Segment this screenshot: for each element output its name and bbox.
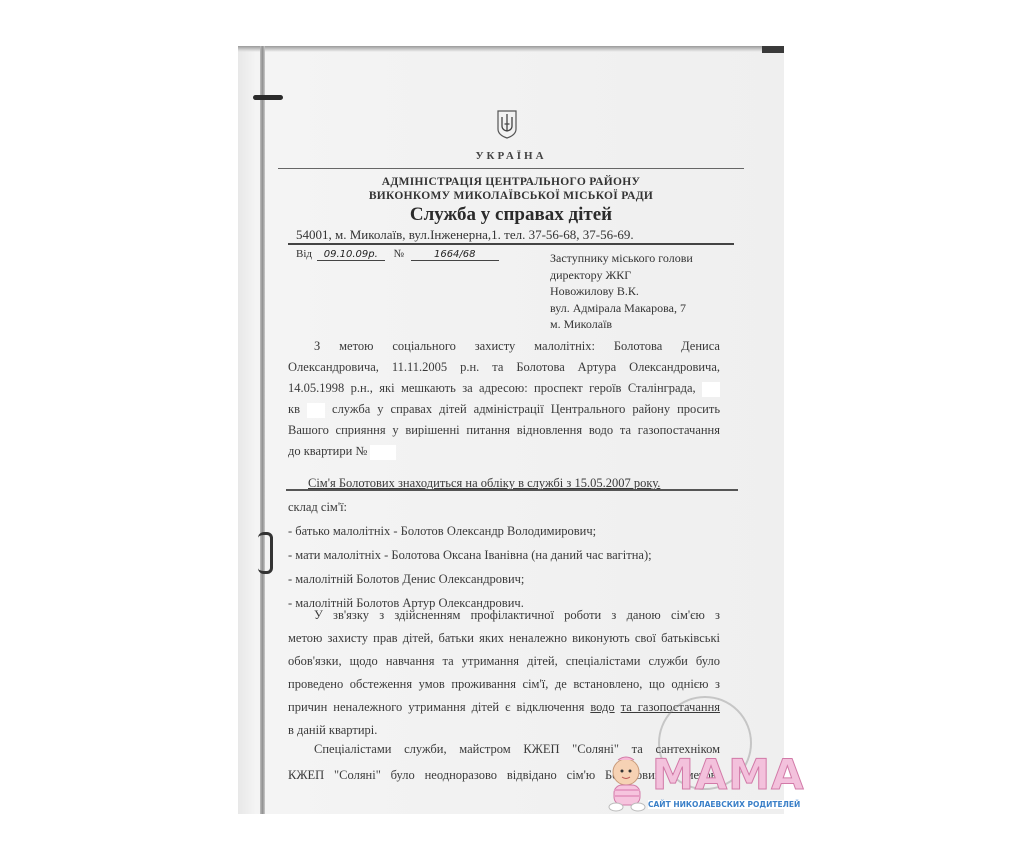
paragraph-2: У зв'язку з здійсненням профілактичної р… — [288, 604, 720, 742]
recipient-line: Новожилову В.К. — [550, 283, 693, 300]
registration-underline — [286, 489, 738, 491]
number-label: № — [394, 248, 405, 260]
text-line: Вашого сприяння у вирішенні питання відн… — [288, 420, 720, 441]
trident-coat-of-arms-icon — [496, 109, 518, 139]
scan-corner-mark — [762, 46, 784, 53]
recipient-block: Заступнику міського голови директору ЖКГ… — [550, 250, 693, 333]
baby-doll-icon — [604, 752, 650, 814]
text-line: обов'язки, щодо навчання та утримання ді… — [288, 650, 720, 673]
header-divider — [278, 168, 744, 169]
text-line: проведено обстеження умов проживання сім… — [288, 673, 720, 696]
staple-mark — [253, 95, 283, 100]
address-divider — [288, 243, 734, 245]
binder-clip-mark — [258, 532, 273, 574]
family-heading: склад сім'ї: — [288, 495, 720, 519]
text-line: З метою соціального захисту малолітніх: … — [288, 336, 720, 357]
watermark-subtitle: САЙТ НИКОЛАЕВСКИХ РОДИТЕЛЕЙ — [648, 800, 786, 809]
paragraph-1: З метою соціального захисту малолітніх: … — [288, 336, 720, 462]
recipient-line: директору ЖКГ — [550, 267, 693, 284]
site-watermark: MAMA САЙТ НИКОЛАЕВСКИХ РОДИТЕЛЕЙ — [604, 748, 788, 818]
letter-date: 09.10.09р. — [317, 249, 385, 261]
recipient-line: вул. Адмірала Макарова, 7 — [550, 300, 693, 317]
country-name: УКРАЇНА — [238, 150, 784, 162]
text-line: до квартири № — [288, 441, 720, 462]
redacted-block — [307, 403, 325, 418]
administration-line-1: АДМІНІСТРАЦІЯ ЦЕНТРАЛЬНОГО РАЙОНУ — [238, 176, 784, 188]
watermark-title: MAMA — [652, 754, 805, 796]
office-address: 54001, м. Миколаїв, вул.Інженерна,1. тел… — [296, 227, 634, 243]
service-name: Служба у справах дітей — [238, 204, 784, 226]
recipient-line: м. Миколаїв — [550, 316, 693, 333]
scanned-letter-page: УКРАЇНА АДМІНІСТРАЦІЯ ЦЕНТРАЛЬНОГО РАЙОН… — [238, 46, 784, 814]
recipient-line: Заступнику міського голови — [550, 250, 693, 267]
redacted-block — [370, 445, 396, 460]
text-line: метою захисту прав дітей, батьки яких не… — [288, 627, 720, 650]
letter-number: 1664/68 — [411, 249, 499, 261]
redacted-block — [702, 382, 720, 397]
administration-line-2: ВИКОНКОМУ МИКОЛАЇВСЬКОЇ МІСЬКОЇ РАДИ — [238, 190, 784, 202]
family-composition: склад сім'ї: - батько малолітніх - Болот… — [288, 495, 720, 615]
text-line: причин неналежного утримання дітей є від… — [288, 696, 720, 719]
reference-line: Від 09.10.09р. № 1664/68 — [296, 248, 499, 261]
text-line: 14.05.1998 р.н., які мешкають за адресою… — [288, 378, 720, 399]
text-line: кв служба у справах дітей адміністрації … — [288, 399, 720, 420]
text-line: У зв'язку з здійсненням профілактичної р… — [288, 604, 720, 627]
family-member: - малолітній Болотов Денис Олександрович… — [288, 567, 720, 591]
family-member: - мати малолітніх - Болотова Оксана Іван… — [288, 543, 720, 567]
from-label: Від — [296, 248, 312, 260]
family-member: - батько малолітніх - Болотов Олександр … — [288, 519, 720, 543]
text-line: Олександровича, 11.11.2005 р.н. та Болот… — [288, 357, 720, 378]
